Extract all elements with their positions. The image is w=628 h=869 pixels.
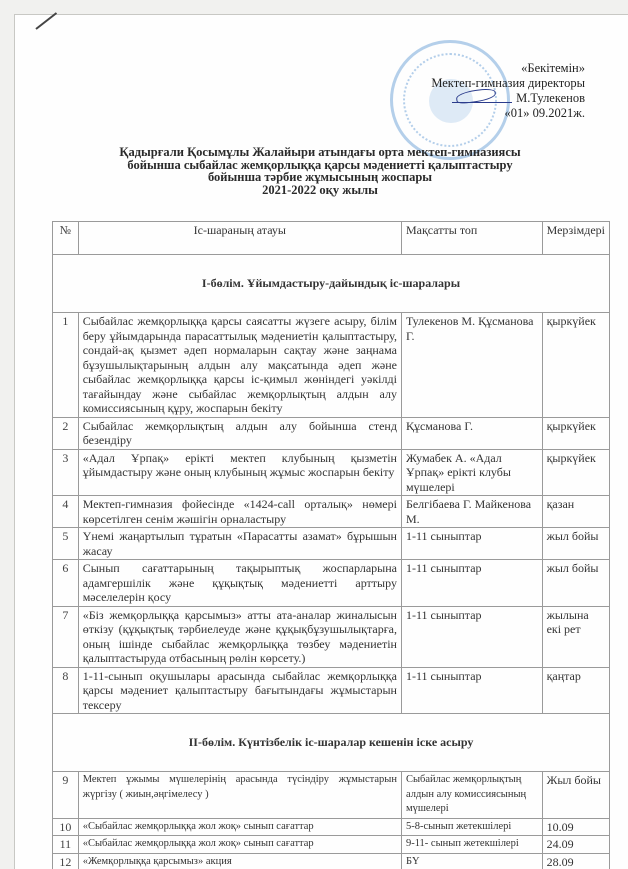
section-2-title: ІІ-бөлім. Күнтізбелік іс-шаралар кешенін… [53, 714, 610, 772]
table-header-row: № Іс-шараның атауы Мақсатты топ Мерзімде… [53, 222, 610, 255]
approval-date: «01» 09.2021ж. [431, 106, 585, 121]
target-group-cell: 1-11 сыныптар [401, 560, 542, 607]
activity-cell: «Сыбайлас жемқорлыққа жол жоқ» сынып сағ… [78, 836, 401, 854]
table-row: 10«Сыбайлас жемқорлыққа жол жоқ» сынып с… [53, 818, 610, 836]
table-row: 2Сыбайлас жемқорлықтың алдын алу бойынша… [53, 417, 610, 449]
target-group-cell: 1-11 сыныптар [401, 528, 542, 560]
row-number: 9 [53, 772, 79, 819]
table-row: 7«Біз жемқорлыққа қарсымыз» атты ата-ана… [53, 606, 610, 667]
target-group-cell: Жумабек А. «Адал Ұрпақ» ерікті клубы мүш… [401, 449, 542, 496]
section-2-heading-row: ІІ-бөлім. Күнтізбелік іс-шаралар кешенін… [53, 714, 610, 772]
activity-cell: 1-11-сынып оқушылары арасында сыбайлас ж… [78, 667, 401, 714]
activity-cell: Үнемі жаңартылып тұратын «Парасатты азам… [78, 528, 401, 560]
section-1-heading-row: І-бөлім. Ұйымдастыру-дайындық іс-шаралар… [53, 255, 610, 313]
approval-signatory: М.Тулекенов [431, 91, 585, 106]
activity-cell: Сынып сағаттарының тақырыптық жоспарлары… [78, 560, 401, 607]
document-title: Қадырғали Қосымұлы Жалайыри атындағы орт… [60, 146, 580, 196]
table-row: 12«Жемқорлыққа қарсымыз» акцияБҮ28.09 [53, 853, 610, 869]
target-group-cell: 1-11 сыныптар [401, 606, 542, 667]
table-row: 3«Адал Ұрпақ» ерікті мектеп клубының қыз… [53, 449, 610, 496]
activity-cell: Сыбайлас жемқорлыққа қарсы саясатты жүзе… [78, 313, 401, 418]
target-group-cell: 9-11- сынып жетекшілері [401, 836, 542, 854]
header-deadline: Мерзімдері [542, 222, 609, 255]
deadline-cell: қыркүйек [542, 313, 609, 418]
deadline-cell: қыркүйек [542, 449, 609, 496]
activity-cell: Сыбайлас жемқорлықтың алдын алу бойынша … [78, 417, 401, 449]
section-1-title: І-бөлім. Ұйымдастыру-дайындық іс-шаралар… [53, 255, 610, 313]
row-number: 11 [53, 836, 79, 854]
row-number: 6 [53, 560, 79, 607]
row-number: 10 [53, 818, 79, 836]
deadline-cell: қыркүйек [542, 417, 609, 449]
academic-year: 2021-2022 оқу жылы [60, 184, 580, 197]
deadline-cell: қаңтар [542, 667, 609, 714]
table-row: 11«Сыбайлас жемқорлыққа жол жоқ» сынып с… [53, 836, 610, 854]
title-line-1: Қадырғали Қосымұлы Жалайыри атындағы орт… [60, 146, 580, 159]
deadline-cell: 10.09 [542, 818, 609, 836]
table-row: 5Үнемі жаңартылып тұратын «Парасатты аза… [53, 528, 610, 560]
scan-watermark [610, 330, 620, 810]
row-number: 5 [53, 528, 79, 560]
target-group-cell: 1-11 сыныптар [401, 667, 542, 714]
row-number: 4 [53, 496, 79, 528]
header-activity: Іс-шараның атауы [78, 222, 401, 255]
target-group-cell: Тулекенов М. Құсманова Г. [401, 313, 542, 418]
header-number: № [53, 222, 79, 255]
table-row: 9Мектеп ұжымы мүшелерінің арасында түсін… [53, 772, 610, 819]
table-row: 1Сыбайлас жемқорлыққа қарсы саясатты жүз… [53, 313, 610, 418]
deadline-cell: жыл бойы [542, 560, 609, 607]
title-line-3: бойынша тәрбие жұмысының жоспары [60, 171, 580, 184]
activity-cell: «Жемқорлыққа қарсымыз» акция [78, 853, 401, 869]
activity-cell: «Адал Ұрпақ» ерікті мектеп клубының қызм… [78, 449, 401, 496]
table-row: 4Мектеп-гимназия фойесінде «1424-call ор… [53, 496, 610, 528]
row-number: 12 [53, 853, 79, 869]
deadline-cell: 28.09 [542, 853, 609, 869]
target-group-cell: Құсманова Г. [401, 417, 542, 449]
table-row: 81-11-сынып оқушылары арасында сыбайлас … [53, 667, 610, 714]
deadline-cell: жыл бойы [542, 528, 609, 560]
target-group-cell: 5-8-сынып жетекшілері [401, 818, 542, 836]
row-number: 7 [53, 606, 79, 667]
row-number: 3 [53, 449, 79, 496]
deadline-cell: жылына екі рет [542, 606, 609, 667]
target-group-cell: Белгібаева Г. Майкенова М. [401, 496, 542, 528]
row-number: 2 [53, 417, 79, 449]
deadline-cell: Жыл бойы [542, 772, 609, 819]
approval-block: «Бекітемін» Мектеп-гимназия директоры М.… [431, 61, 585, 121]
approval-position: Мектеп-гимназия директоры [431, 76, 585, 91]
activity-cell: Мектеп-гимназия фойесінде «1424-call орт… [78, 496, 401, 528]
activity-cell: Мектеп ұжымы мүшелерінің арасында түсінд… [78, 772, 401, 819]
row-number: 1 [53, 313, 79, 418]
deadline-cell: 24.09 [542, 836, 609, 854]
deadline-cell: қазан [542, 496, 609, 528]
row-number: 8 [53, 667, 79, 714]
approval-label: «Бекітемін» [431, 61, 585, 76]
table-row: 6Сынып сағаттарының тақырыптық жоспарлар… [53, 560, 610, 607]
activity-cell: «Сыбайлас жемқорлыққа жол жоқ» сынып сағ… [78, 818, 401, 836]
target-group-cell: Сыбайлас жемқорлықтың алдын алу комиссия… [401, 772, 542, 819]
activity-cell: «Біз жемқорлыққа қарсымыз» атты ата-анал… [78, 606, 401, 667]
header-target-group: Мақсатты топ [401, 222, 542, 255]
target-group-cell: БҮ [401, 853, 542, 869]
plan-table: № Іс-шараның атауы Мақсатты топ Мерзімде… [52, 221, 610, 869]
